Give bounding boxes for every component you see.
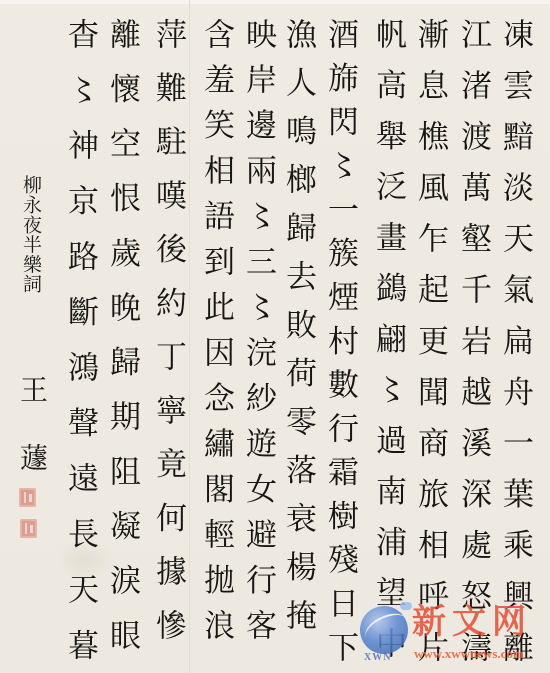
poem-column-6: 漁人鳴榔歸去敗荷零落衰楊掩: [278, 18, 318, 630]
watermark-logo-text: XWN: [364, 652, 391, 663]
watermark-brand: 新文网: [412, 594, 532, 643]
seal-stamp-icon: [20, 519, 37, 538]
watermark-globe-icon: [360, 606, 408, 654]
artist-signature: 王蘧: [14, 375, 50, 471]
poem-column-1: 凍雲黯淡天氣扁舟一葉乘興離: [495, 18, 535, 662]
poem-column-2: 江渚渡萬壑千岩越溪深處怒濤: [453, 18, 493, 662]
seal-stamp-icon: [19, 488, 36, 507]
poem-column-3: 漸息樵風乍起更聞商旅相呼片: [410, 18, 450, 662]
poem-column-4: 帆高舉泛畫鷁翩〻過南浦望中: [368, 18, 408, 658]
poem-column-10: 離懷空恨歲晚歸期阻凝淚眼: [102, 18, 142, 650]
paper-seam: [189, 0, 190, 673]
poem-column-5: 酒旆閃〻一簇煙村數行霜樹殘日下: [320, 18, 360, 662]
poem-column-7: 映岸邊兩〻三〻浣紗遊女避行客: [238, 18, 278, 640]
poem-column-9: 萍難駐嘆後約丁寧竟何據慘: [148, 18, 188, 640]
poem-column-11: 杳〻神京路斷鴻聲遠長天暮: [60, 18, 100, 660]
calligraphy-artwork: 凍雲黯淡天氣扁舟一葉乘興離 江渚渡萬壑千岩越溪深處怒濤 漸息樵風乍起更聞商旅相呼…: [0, 0, 550, 673]
inscription: 柳永夜半樂詞: [14, 175, 48, 293]
watermark-url: www.xwwnews.com: [414, 646, 524, 662]
poem-column-8: 含羞笑相語到此因念繡閣輕拋浪: [196, 18, 236, 640]
